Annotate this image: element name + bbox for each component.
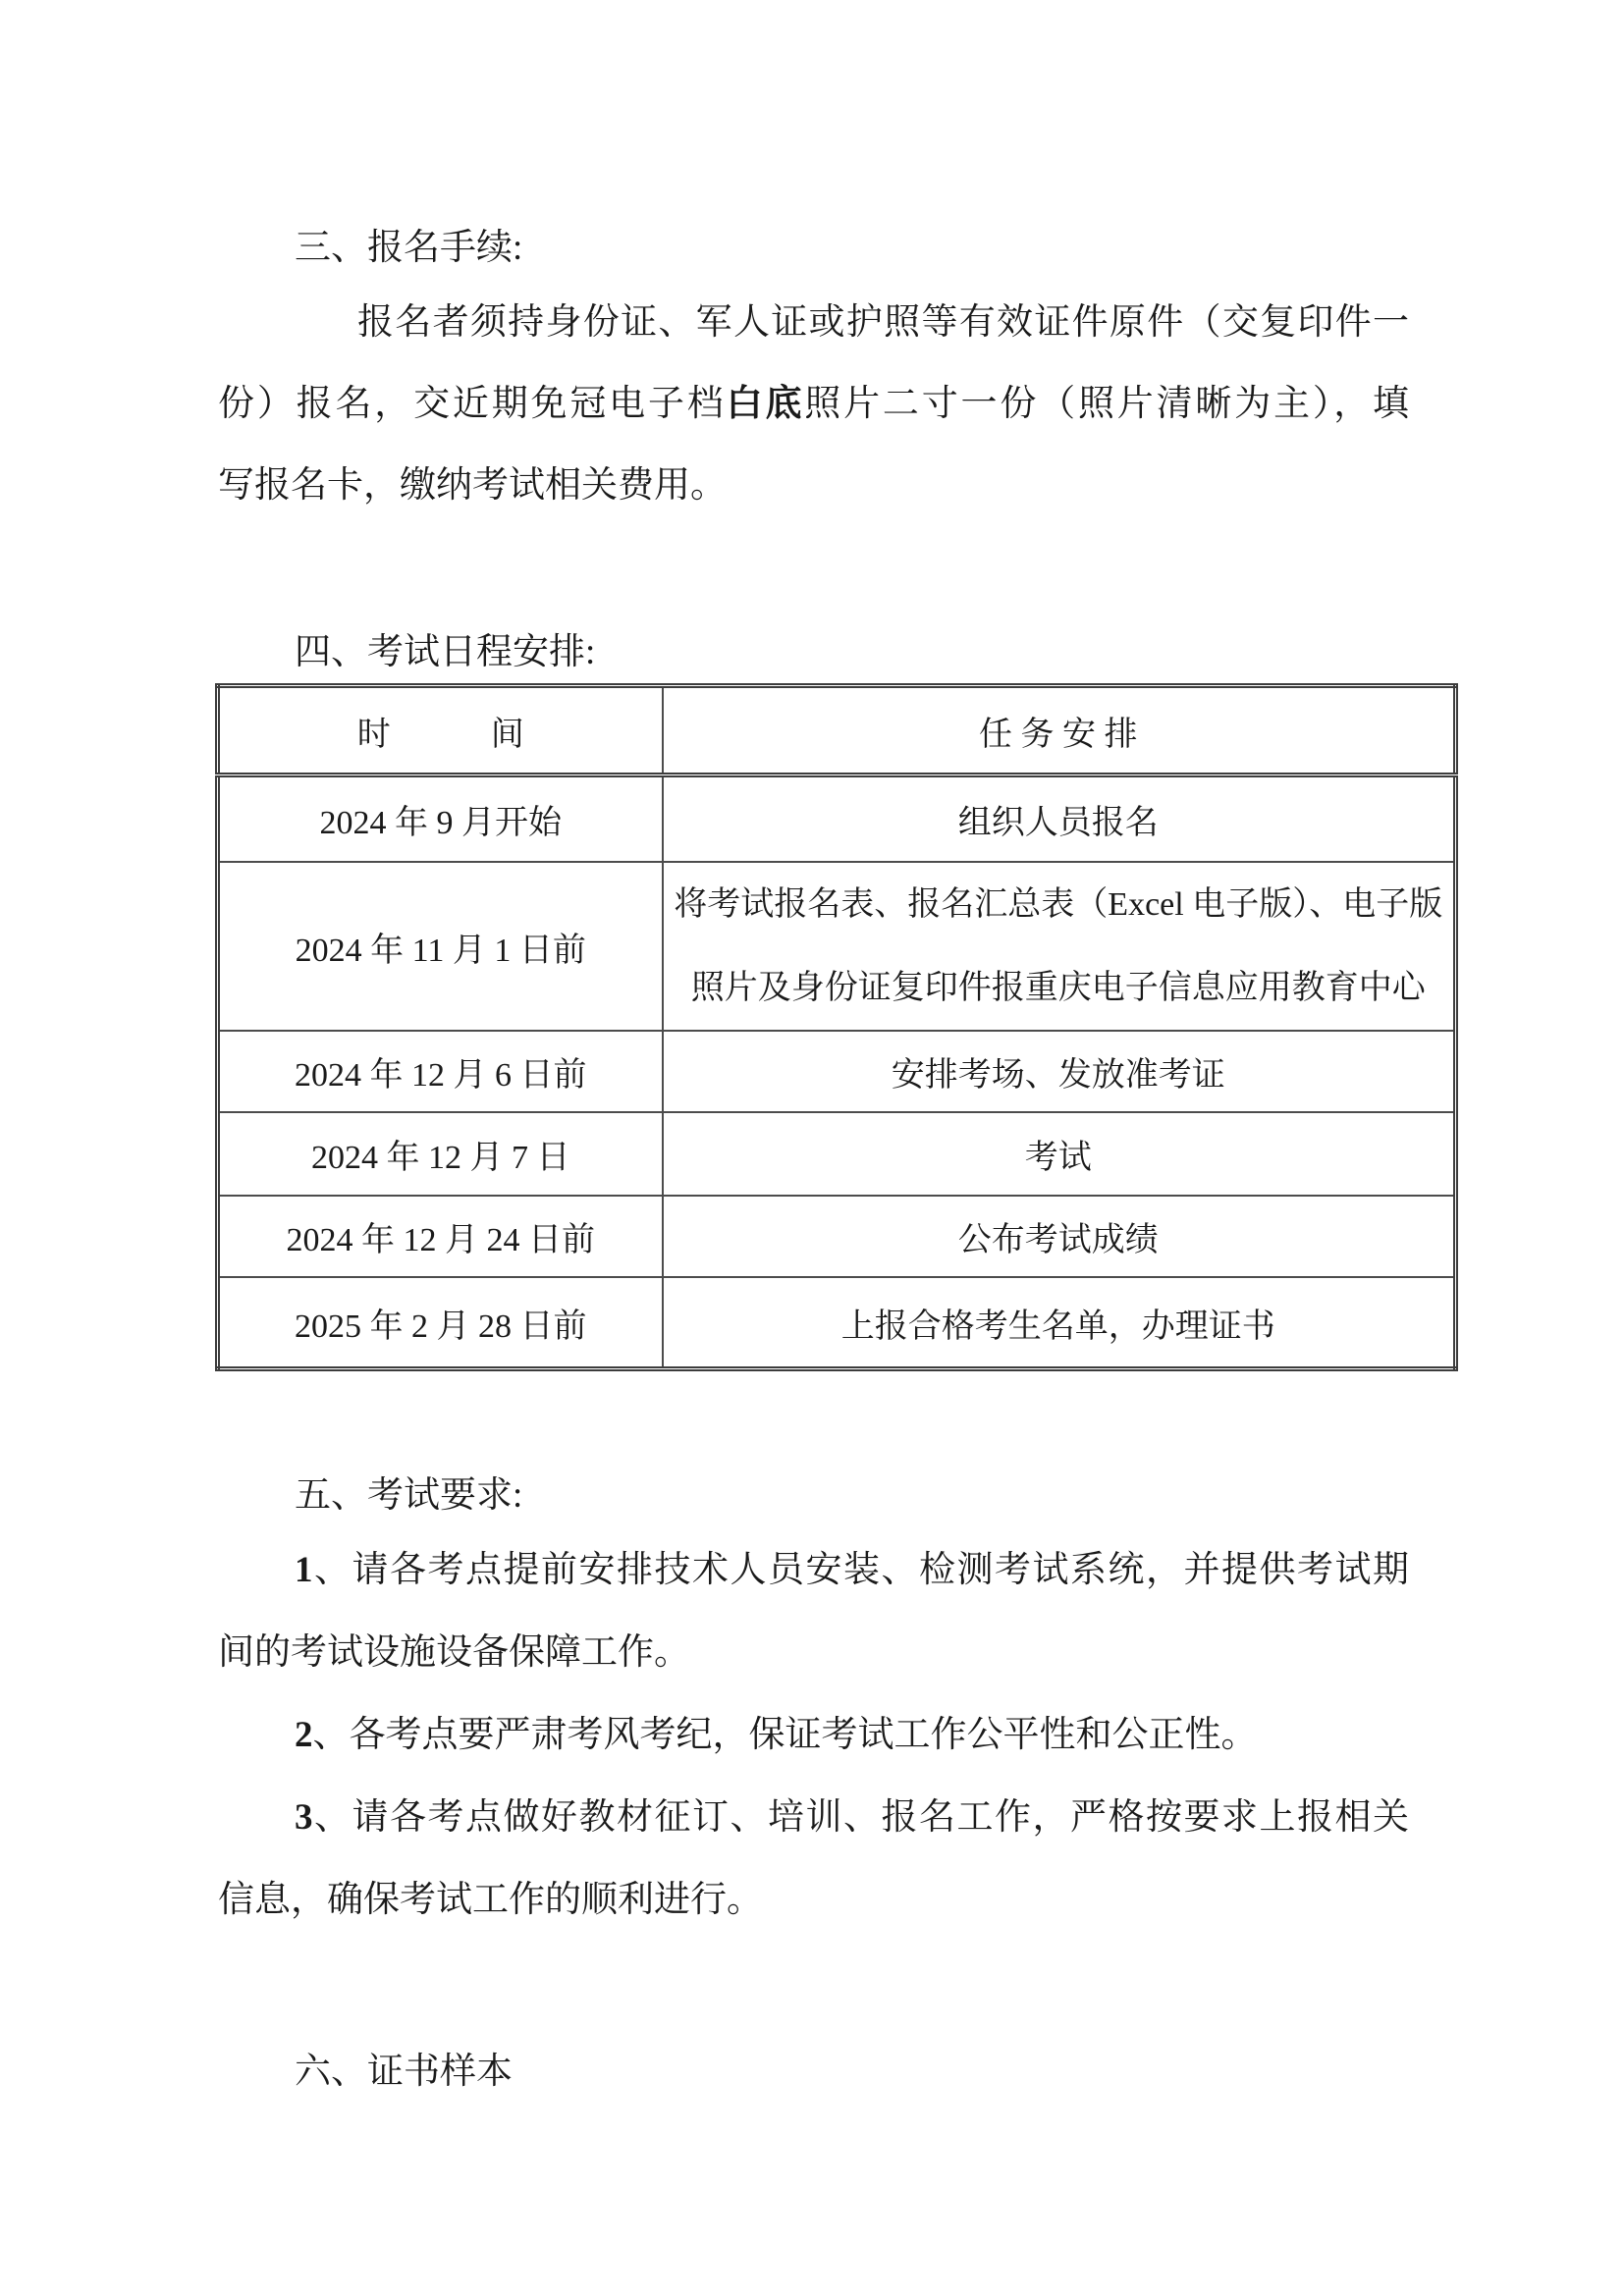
table-row: 2024 年 12 月 6 日前 安排考场、发放准考证 [218,1031,1456,1112]
table-header-time: 时 间 [218,686,663,775]
table-row: 2024 年 9 月开始 组织人员报名 [218,775,1456,863]
exam-schedule-table: 时 间 任 务 安 排 2024 年 9 月开始 组织人员报名 2024 年 1… [215,683,1458,1371]
item1-text: 、请各考点提前安排技术人员安装、检测考试系统，并提供考试期 [313,1550,1410,1590]
row2-task-line2: 照片及身份证复印件报重庆电子信息应用教育中心 [664,946,1454,1030]
section5-items: 1、请各考点提前安排技术人员安装、检测考试系统，并提供考试期 间的考试设施设备保… [218,1529,1409,1942]
row6-task: 上报合格考生名单，办理证书 [663,1277,1456,1369]
item3-text: 、请各考点做好教材征订、培训、报名工作，严格按要求上报相关 [313,1797,1410,1838]
section3-para-line3: 写报名卡，缴纳考试相关费用。 [218,445,1409,526]
item3-line1: 3、请各考点做好教材征订、培训、报名工作，严格按要求上报相关 [218,1777,1409,1859]
document-page: 三、报名手续: 报名者须持身份证、军人证或护照等有效证件原件（交复印件一 份）报… [0,0,1624,2296]
row2-task: 将考试报名表、报名汇总表（Excel 电子版）、电子版 照片及身份证复印件报重庆… [663,862,1456,1031]
section4-heading: 四、考试日程安排: [295,612,1409,694]
row2-time: 2024 年 11 月 1 日前 [218,862,663,1031]
table-header-row: 时 间 任 务 安 排 [218,686,1456,775]
row4-task: 考试 [663,1112,1456,1196]
section3-para-line1: 报名者须持身份证、军人证或护照等有效证件原件（交复印件一 [218,282,1409,363]
section3-para-line2-pre: 份）报名，交近期免冠电子档 [218,384,727,424]
table-row: 2025 年 2 月 28 日前 上报合格考生名单，办理证书 [218,1277,1456,1369]
section3-para-line2: 份）报名，交近期免冠电子档白底照片二寸一份（照片清晰为主），填 [218,363,1409,445]
section6-heading: 六、证书样本 [295,2031,1409,2113]
item1-number: 1 [295,1550,313,1590]
section3-paragraph: 报名者须持身份证、军人证或护照等有效证件原件（交复印件一 份）报名，交近期免冠电… [218,282,1409,526]
table-row: 2024 年 11 月 1 日前 将考试报名表、报名汇总表（Excel 电子版）… [218,862,1456,1031]
section5-heading: 五、考试要求: [295,1455,1409,1537]
row1-task: 组织人员报名 [663,775,1456,863]
item2-line1: 2、各考点要严肃考风考纪，保证考试工作公平性和公正性。 [218,1694,1409,1777]
row2-task-line1: 将考试报名表、报名汇总表（Excel 电子版）、电子版 [664,863,1454,946]
section3-heading: 三、报名手续: [295,207,1409,290]
table-row: 2024 年 12 月 7 日 考试 [218,1112,1456,1196]
section3-para-line2-bold: 白底 [727,384,805,424]
row5-time: 2024 年 12 月 24 日前 [218,1196,663,1277]
row3-task: 安排考场、发放准考证 [663,1031,1456,1112]
row3-time: 2024 年 12 月 6 日前 [218,1031,663,1112]
item2-text: 、各考点要严肃考风考纪，保证考试工作公平性和公正性。 [313,1715,1258,1755]
item2-number: 2 [295,1715,313,1755]
item1-line2: 间的考试设施设备保障工作。 [218,1612,1409,1694]
row2-task-lines: 将考试报名表、报名汇总表（Excel 电子版）、电子版 照片及身份证复印件报重庆… [664,863,1454,1030]
item3-number: 3 [295,1797,313,1838]
row1-time: 2024 年 9 月开始 [218,775,663,863]
table-header-task: 任 务 安 排 [663,686,1456,775]
table-row: 2024 年 12 月 24 日前 公布考试成绩 [218,1196,1456,1277]
row6-time: 2025 年 2 月 28 日前 [218,1277,663,1369]
item1-line1: 1、请各考点提前安排技术人员安装、检测考试系统，并提供考试期 [218,1529,1409,1612]
row5-task: 公布考试成绩 [663,1196,1456,1277]
row4-time: 2024 年 12 月 7 日 [218,1112,663,1196]
section3-para-line2-post: 照片二寸一份（照片清晰为主），填 [804,384,1409,424]
item3-line2: 信息，确保考试工作的顺利进行。 [218,1859,1409,1942]
